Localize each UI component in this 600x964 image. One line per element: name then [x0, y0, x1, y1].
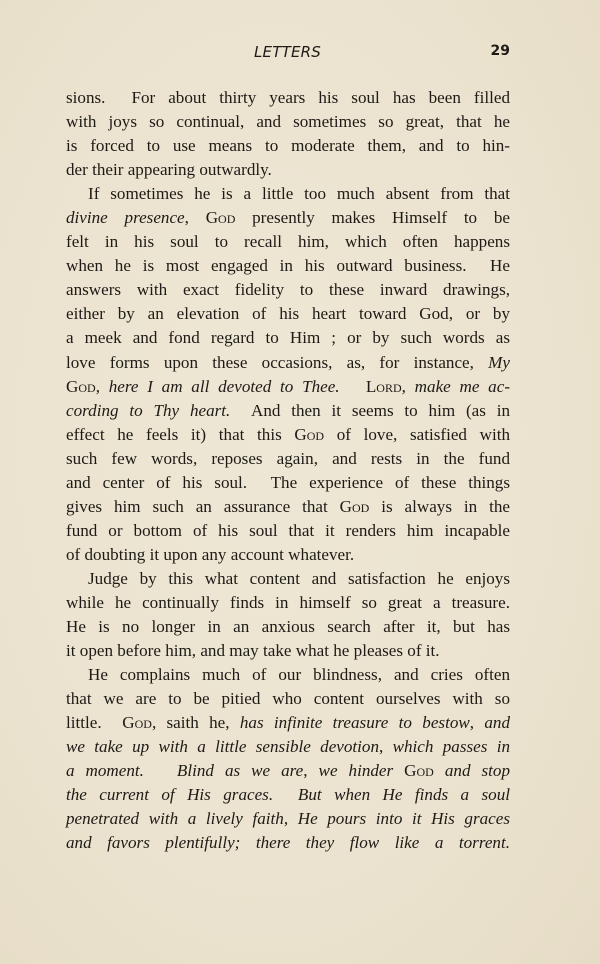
- text-line: such few words, reposes again, and rests…: [66, 447, 510, 471]
- text-segment: while he continually finds in himself so…: [66, 593, 510, 612]
- text-segment: presently makes Himself to be: [235, 208, 510, 227]
- text-segment: little.: [66, 713, 122, 732]
- text-segment: And then it seems to him (as in: [230, 401, 510, 420]
- text-segment: is forced to use means to moderate them,…: [66, 136, 510, 155]
- text-segment: fund or bottom of his soul that it rende…: [66, 521, 510, 540]
- italic-text: here I am all devoted to Thee.: [109, 377, 340, 396]
- italic-text: He pours into it His graces: [298, 809, 510, 828]
- italic-text: My: [488, 353, 510, 372]
- text-line: Judge by this what content and satisfact…: [66, 567, 510, 591]
- italic-text: Blind as we are: [177, 761, 303, 780]
- italic-text: a moment.: [66, 761, 144, 780]
- text-segment: when he is most engaged in his outward b…: [66, 256, 510, 275]
- text-line: and favors plentifully; there they flow …: [66, 831, 510, 855]
- text-line: sions. For about thirty years his soul h…: [66, 86, 510, 110]
- text-line: penetrated with a lively faith, He pours…: [66, 807, 510, 831]
- italic-text: divine presence: [66, 208, 185, 227]
- italic-text: penetrated with a lively faith: [66, 809, 284, 828]
- text-segment: If sometimes he is a little too much abs…: [88, 184, 510, 203]
- text-segment: [273, 785, 298, 804]
- text-line: it open before him, and may take what he…: [66, 639, 510, 663]
- text-segment: of doubting it upon any account whatever…: [66, 545, 354, 564]
- text-line: when he is most engaged in his outward b…: [66, 254, 510, 278]
- text-segment: ,: [96, 377, 109, 396]
- text-segment: ,: [303, 761, 318, 780]
- small-caps-text: God: [206, 208, 236, 227]
- text-segment: ,: [379, 737, 393, 756]
- text-line: with joys so continual, and sometimes so…: [66, 110, 510, 134]
- text-line: love forms upon these occasions, as, for…: [66, 351, 510, 375]
- book-page: LETTERS 29 sions. For about thirty years…: [0, 0, 600, 964]
- text-line: the current of His graces. But when He f…: [66, 783, 510, 807]
- text-segment: ,: [470, 713, 485, 732]
- text-segment: either by an elevation of his heart towa…: [66, 304, 510, 323]
- text-line: der their appearing outwardly.: [66, 158, 510, 182]
- text-segment: of love, satisfied with: [324, 425, 510, 444]
- text-segment: der their appearing outwardly.: [66, 160, 272, 179]
- text-line: fund or bottom of his soul that it rende…: [66, 519, 510, 543]
- page-number: 29: [491, 43, 510, 59]
- running-title: LETTERS: [65, 43, 510, 61]
- text-line: a moment. Blind as we are, we hinder God…: [66, 759, 510, 783]
- text-line: that we are to be pitied who content our…: [66, 687, 510, 711]
- text-segment: answers with exact fidelity to these inw…: [66, 280, 510, 299]
- text-segment: He is no longer in an anxious search aft…: [66, 617, 510, 636]
- text-line: If sometimes he is a little too much abs…: [66, 182, 510, 206]
- italic-text: has infinite treasure to bestow: [240, 713, 470, 732]
- text-line: we take up with a little sensible devoti…: [66, 735, 510, 759]
- text-segment: felt in his soul to recall him, which of…: [66, 232, 510, 251]
- text-line: felt in his soul to recall him, which of…: [66, 230, 510, 254]
- italic-text: the current of His graces.: [66, 785, 273, 804]
- text-line: is forced to use means to moderate them,…: [66, 134, 510, 158]
- small-caps-text: God: [294, 425, 324, 444]
- italic-text: and: [484, 713, 510, 732]
- small-caps-text: God: [66, 377, 96, 396]
- text-line: cording to Thy heart. And then it seems …: [66, 399, 510, 423]
- text-line: and center of his soul. The experience o…: [66, 471, 510, 495]
- text-segment: that we are to be pitied who content our…: [66, 689, 510, 708]
- text-segment: is always in the: [369, 497, 510, 516]
- text-line: little. God, saith he, has infinite trea…: [66, 711, 510, 735]
- italic-text: we hinder: [319, 761, 394, 780]
- text-segment: sions. For about thirty years his soul h…: [66, 88, 510, 107]
- text-line: answers with exact fidelity to these inw…: [66, 278, 510, 302]
- small-caps-text: God: [340, 497, 370, 516]
- text-line: a meek and fond regard to Him ; or by su…: [66, 326, 510, 350]
- text-line: He complains much of our blindness, and …: [66, 663, 510, 687]
- text-segment: [340, 377, 366, 396]
- text-segment: [393, 761, 404, 780]
- text-line: of doubting it upon any account whatever…: [66, 543, 510, 567]
- text-segment: [144, 761, 177, 780]
- text-line: He is no longer in an anxious search aft…: [66, 615, 510, 639]
- text-line: gives him such an assurance that God is …: [66, 495, 510, 519]
- italic-text: which passes in: [393, 737, 510, 756]
- text-segment: , saith he,: [152, 713, 240, 732]
- small-caps-text: God: [122, 713, 152, 732]
- italic-text: we take up with a little sensible devoti…: [66, 737, 379, 756]
- text-segment: and center of his soul. The experience o…: [66, 473, 510, 492]
- text-line: God, here I am all devoted to Thee. Lord…: [66, 375, 510, 399]
- text-segment: gives him such an assurance that: [66, 497, 340, 516]
- small-caps-text: Lord: [366, 377, 402, 396]
- text-segment: Judge by this what content and satisfact…: [88, 569, 510, 588]
- italic-text: But when He finds a soul: [298, 785, 510, 804]
- italic-text: and favors plentifully; there they flow …: [66, 833, 510, 852]
- text-segment: ,: [402, 377, 415, 396]
- text-segment: He complains much of our blindness, and …: [88, 665, 510, 684]
- text-segment: ,: [284, 809, 298, 828]
- text-segment: with joys so continual, and sometimes so…: [66, 112, 510, 131]
- body-text: sions. For about thirty years his soul h…: [66, 86, 510, 856]
- running-head: LETTERS 29: [65, 43, 510, 65]
- text-segment: ,: [185, 208, 206, 227]
- text-segment: such few words, reposes again, and rests…: [66, 449, 510, 468]
- text-line: divine presence, God presently makes Him…: [66, 206, 510, 230]
- italic-text: make me ac-: [415, 377, 510, 396]
- text-line: while he continually finds in himself so…: [66, 591, 510, 615]
- italic-text: cording to Thy heart.: [66, 401, 230, 420]
- text-segment: effect he feels it) that this: [66, 425, 294, 444]
- text-line: effect he feels it) that this God of lov…: [66, 423, 510, 447]
- text-line: either by an elevation of his heart towa…: [66, 302, 510, 326]
- italic-text: and stop: [445, 761, 510, 780]
- text-segment: a meek and fond regard to Him ; or by su…: [66, 328, 510, 347]
- small-caps-text: God: [404, 761, 434, 780]
- text-segment: love forms upon these occasions, as, for…: [66, 353, 488, 372]
- text-segment: [434, 761, 445, 780]
- text-segment: it open before him, and may take what he…: [66, 641, 440, 660]
